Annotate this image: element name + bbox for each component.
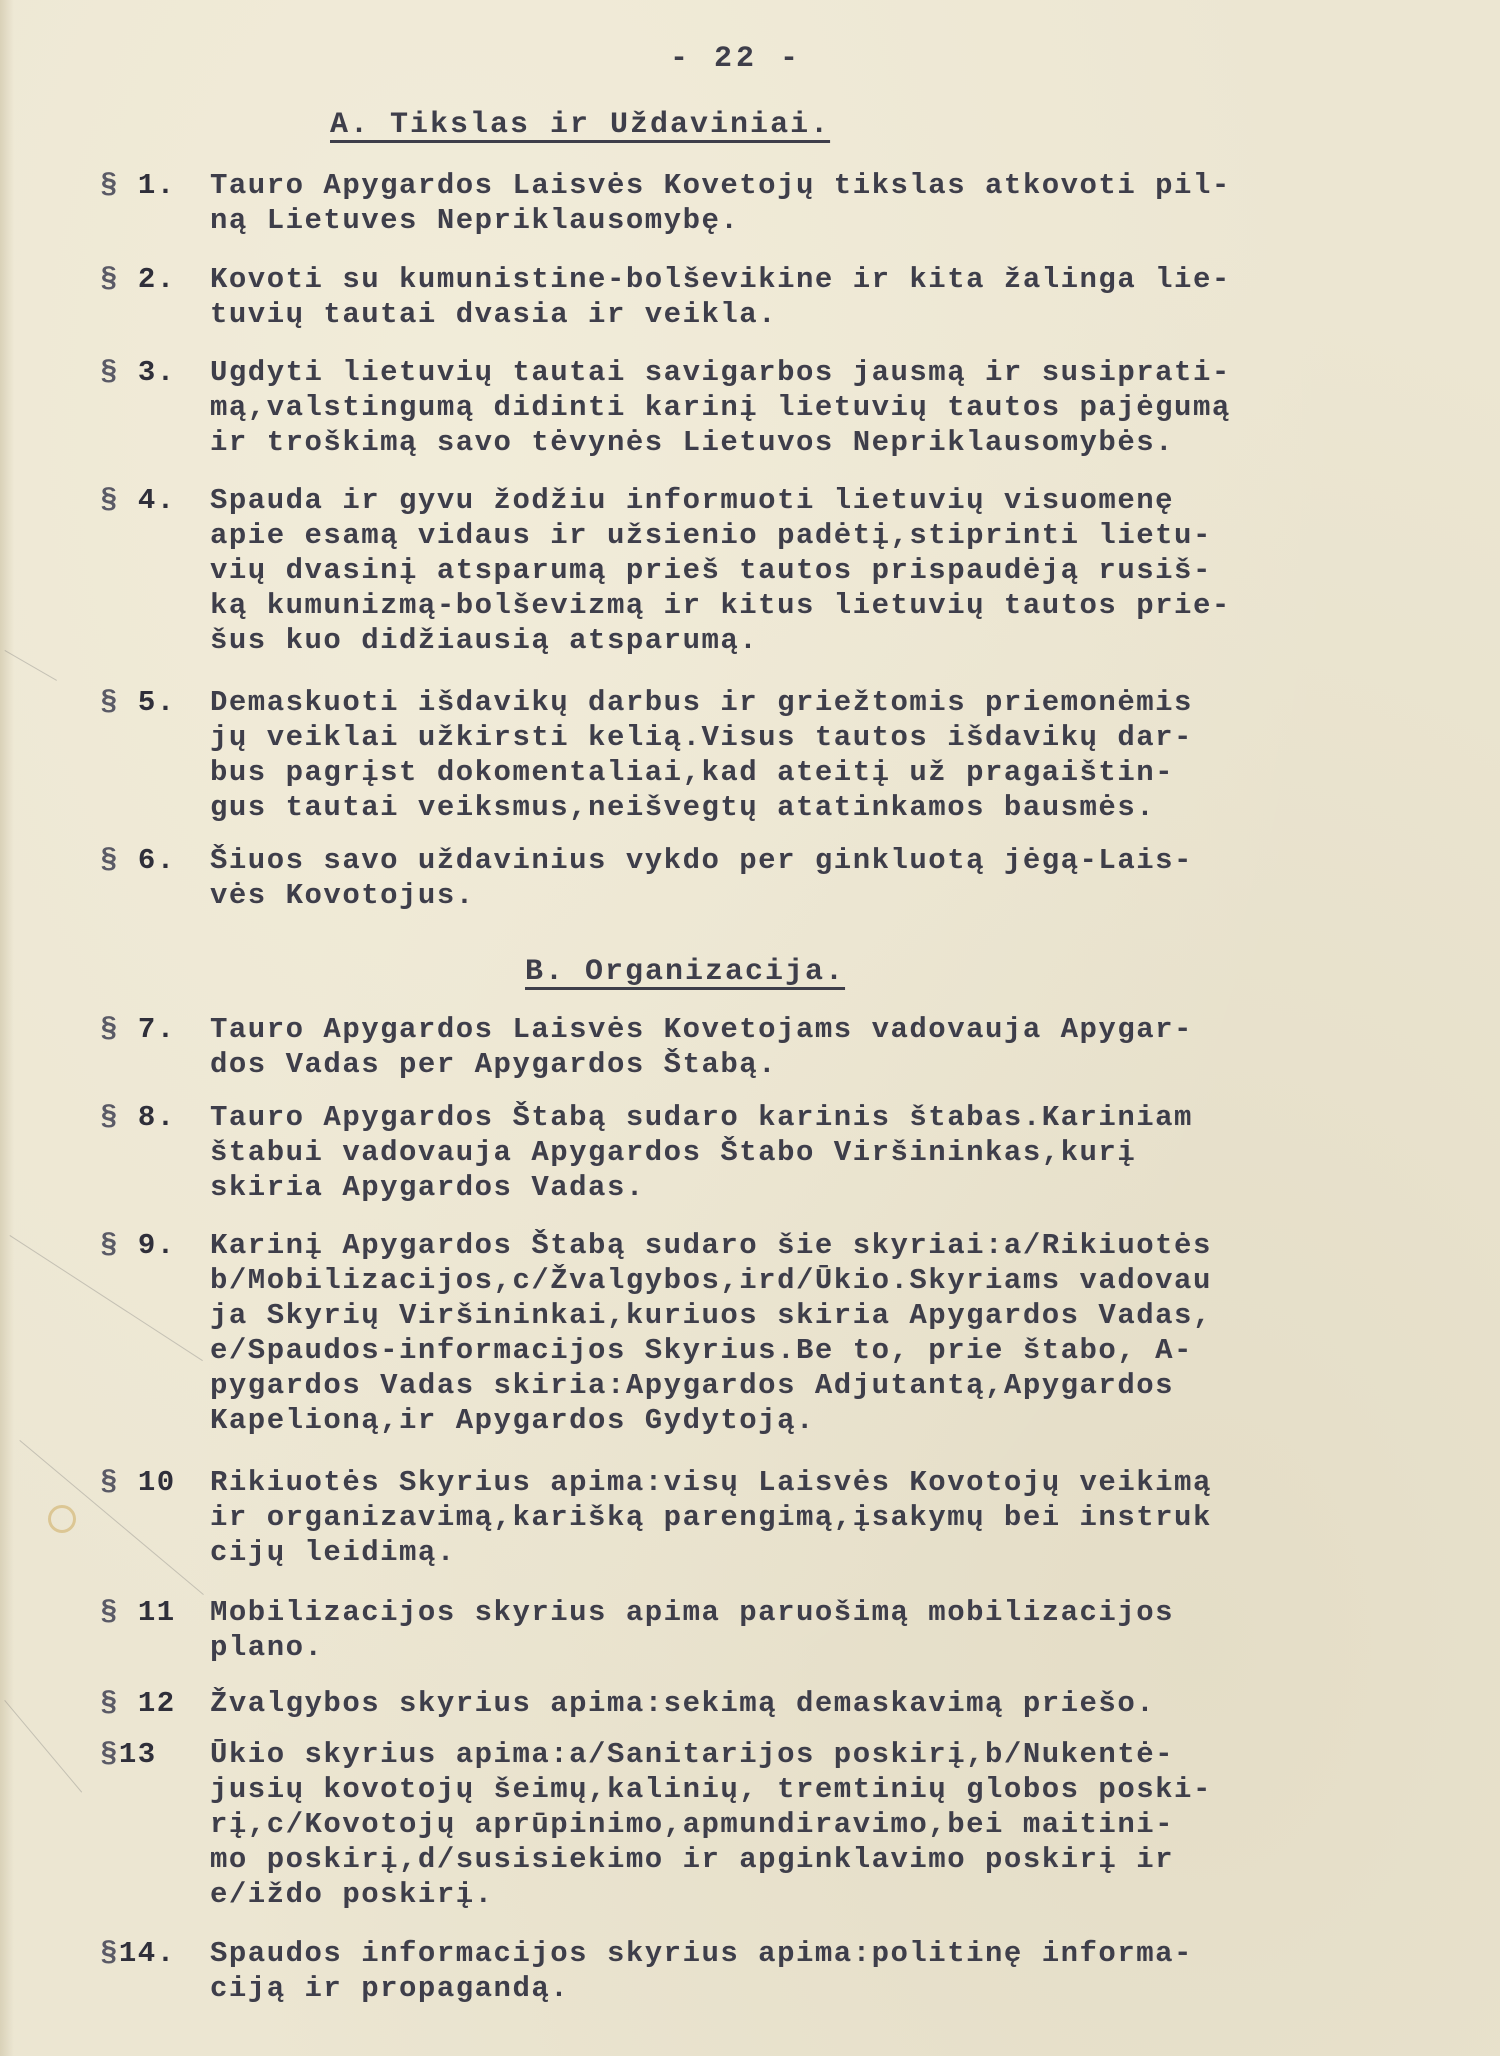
- paragraph-9: § 9. Karinį Apygardos Štabą sudaro šie s…: [100, 1228, 1460, 1438]
- paragraph-text: Kovoti su kumunistine-bolševikine ir kit…: [210, 262, 1460, 332]
- section-mark: § 3.: [100, 355, 210, 390]
- paragraph-12: § 12 Žvalgybos skyrius apima:sekimą dema…: [100, 1686, 1460, 1721]
- section-mark: § 2.: [100, 262, 210, 297]
- paragraph-text: Žvalgybos skyrius apima:sekimą demaskavi…: [210, 1686, 1460, 1721]
- paragraph-text: Spauda ir gyvu žodžiu informuoti lietuvi…: [210, 483, 1460, 658]
- paragraph-11: § 11 Mobilizacijos skyrius apima paruoši…: [100, 1595, 1460, 1665]
- paragraph-6: § 6. Šiuos savo uždavinius vykdo per gin…: [100, 843, 1460, 913]
- section-heading-a: A. Tikslas ir Uždaviniai.: [330, 108, 830, 142]
- paragraph-2: § 2. Kovoti su kumunistine-bolševikine i…: [100, 262, 1460, 332]
- section-mark: § 5.: [100, 685, 210, 720]
- paragraph-5: § 5. Demaskuoti išdavikų darbus ir griež…: [100, 685, 1460, 825]
- section-mark: § 7.: [100, 1012, 210, 1047]
- page-number: - 22 -: [670, 42, 802, 76]
- paragraph-13: §13 Ūkio skyrius apima:a/Sanitarijos pos…: [100, 1737, 1460, 1912]
- paragraph-3: § 3. Ugdyti lietuvių tautai savigarbos j…: [100, 355, 1460, 460]
- section-mark: § 8.: [100, 1100, 210, 1135]
- paragraph-4: § 4. Spauda ir gyvu žodžiu informuoti li…: [100, 483, 1460, 658]
- paragraph-text: Tauro Apygardos Štabą sudaro karinis šta…: [210, 1100, 1460, 1205]
- paragraph-text: Tauro Apygardos Laisvės Kovetojams vadov…: [210, 1012, 1460, 1082]
- paragraph-text: Mobilizacijos skyrius apima paruošimą mo…: [210, 1595, 1460, 1665]
- pencil-line: [4, 1700, 82, 1793]
- section-mark: §13: [100, 1737, 210, 1772]
- section-mark: § 10: [100, 1465, 210, 1500]
- paragraph-text: Šiuos savo uždavinius vykdo per ginkluot…: [210, 843, 1460, 913]
- paragraph-text: Tauro Apygardos Laisvės Kovetojų tikslas…: [210, 168, 1460, 238]
- paragraph-14: §14. Spaudos informacijos skyrius apima:…: [100, 1936, 1460, 2006]
- section-mark: § 4.: [100, 483, 210, 518]
- paragraph-text: Rikiuotės Skyrius apima:visų Laisvės Kov…: [210, 1465, 1460, 1570]
- paragraph-text: Karinį Apygardos Štabą sudaro šie skyria…: [210, 1228, 1460, 1438]
- section-mark: §14.: [100, 1936, 210, 1971]
- section-mark: § 6.: [100, 843, 210, 878]
- section-mark: § 1.: [100, 168, 210, 203]
- paragraph-7: § 7. Tauro Apygardos Laisvės Kovetojams …: [100, 1012, 1460, 1082]
- section-heading-b: B. Organizacija.: [525, 955, 845, 989]
- paragraph-text: Ugdyti lietuvių tautai savigarbos jausmą…: [210, 355, 1460, 460]
- paragraph-8: § 8. Tauro Apygardos Štabą sudaro karini…: [100, 1100, 1460, 1205]
- section-mark: § 9.: [100, 1228, 210, 1263]
- paragraph-text: Demaskuoti išdavikų darbus ir griežtomis…: [210, 685, 1460, 825]
- paragraph-text: Spaudos informacijos skyrius apima:polit…: [210, 1936, 1460, 2006]
- paragraph-text: Ūkio skyrius apima:a/Sanitarijos poskirį…: [210, 1737, 1460, 1912]
- section-mark: § 11: [100, 1595, 210, 1630]
- section-mark: § 12: [100, 1686, 210, 1721]
- paragraph-10: § 10 Rikiuotės Skyrius apima:visų Laisvė…: [100, 1465, 1460, 1570]
- paper-stain: [48, 1505, 76, 1533]
- paper-edge: [0, 0, 14, 2056]
- paragraph-1: § 1. Tauro Apygardos Laisvės Kovetojų ti…: [100, 168, 1460, 238]
